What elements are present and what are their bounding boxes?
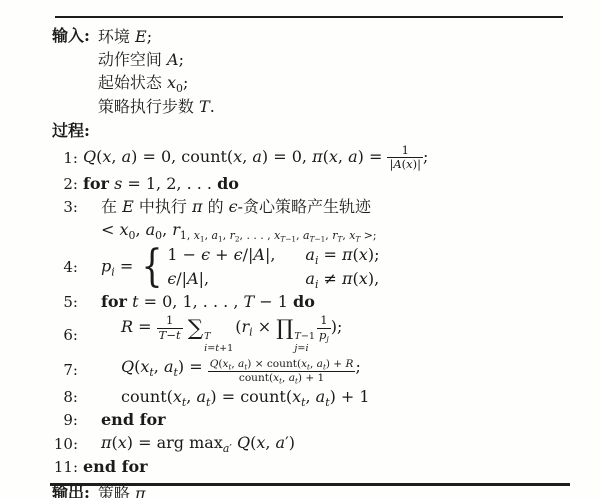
input-label: 输入:: [52, 25, 90, 47]
algo-line-1: 1: Q(x, a) = 0, count(x, a) = 0, π(x, a)…: [52, 144, 572, 173]
line-content-probability-cases: pi = {1 − ϵ + ϵ/|A|,ai = π(x);ϵ/|A|,ai ≠…: [78, 244, 379, 290]
line-number: 2:: [52, 173, 78, 195]
algo-line-8: 8: count(xt, at) = count(xt, at) + 1: [52, 386, 572, 409]
algo-line-5: 5: for t = 0, 1, . . . , T − 1 do: [52, 291, 572, 313]
line-content-end-for-outer: end for: [78, 456, 148, 478]
input-line-action-space: 动作空间 A;: [98, 48, 215, 71]
top-rule: [55, 16, 563, 18]
algo-line-9: 9: end for: [52, 409, 572, 431]
line-content-trajectory: < x0, a0, r1, x1, a1, r2, . . . , xT−1, …: [78, 219, 377, 243]
input-line-start-state: 起始状态 x0;: [98, 71, 215, 95]
line-number: 4:: [52, 256, 78, 278]
line-number: 9:: [52, 409, 78, 431]
line-number: 11:: [52, 456, 78, 478]
line-content-return: R = 1T−t ∑Ti=t+1(ri × ∏T−1j=i1pj);: [78, 314, 342, 355]
algo-line-11: 11: end for: [52, 456, 572, 478]
scanned-algorithm-page: 输入: 环境 E; 动作空间 A; 起始状态 x0; 策略执行步数 T. 过程:…: [0, 0, 600, 498]
input-line-environment: 环境 E;: [98, 25, 215, 48]
line-content-argmax: π(x) = arg maxa′ Q(x, a′): [78, 432, 295, 455]
algo-line-2: 2: for s = 1, 2, . . . do: [52, 173, 572, 195]
algo-line-10: 10: π(x) = arg maxa′ Q(x, a′): [52, 432, 572, 455]
bottom-rule: [50, 483, 570, 486]
input-section: 输入: 环境 E; 动作空间 A; 起始状态 x0; 策略执行步数 T.: [52, 25, 572, 118]
line-number: 8:: [52, 386, 78, 408]
line-number: 1:: [52, 147, 78, 169]
line-content-count-update: count(xt, at) = count(xt, at) + 1: [78, 386, 370, 409]
input-lines: 环境 E; 动作空间 A; 起始状态 x0; 策略执行步数 T.: [98, 25, 215, 118]
algo-line-4: 4: pi = {1 − ϵ + ϵ/|A|,ai = π(x);ϵ/|A|,a…: [52, 244, 572, 290]
line-content-for-s: for s = 1, 2, . . . do: [78, 173, 239, 195]
algo-line-6: 6: R = 1T−t ∑Ti=t+1(ri × ∏T−1j=i1pj);: [52, 314, 572, 355]
line-number: 3:: [52, 196, 78, 218]
line-content-init: Q(x, a) = 0, count(x, a) = 0, π(x, a) = …: [78, 144, 428, 173]
algorithm-box: 输入: 环境 E; 动作空间 A; 起始状态 x0; 策略执行步数 T. 过程:…: [52, 25, 572, 498]
process-label: 过程:: [52, 118, 572, 143]
line-content-for-t: for t = 0, 1, . . . , T − 1 do: [78, 291, 315, 313]
line-number: 7:: [52, 359, 78, 381]
line-content-q-update: Q(xt, at) = Q(xt, at) × count(xt, at) + …: [78, 356, 361, 385]
line-content-execute-policy: 在 E 中执行 π 的 ϵ-贪心策略产生轨迹: [78, 196, 371, 218]
algo-line-7: 7: Q(xt, at) = Q(xt, at) × count(xt, at)…: [52, 356, 572, 385]
line-number: 10:: [52, 433, 78, 455]
line-number: 6:: [52, 324, 78, 346]
line-content-end-for-inner: end for: [78, 409, 166, 431]
algo-line-3-continuation: < x0, a0, r1, x1, a1, r2, . . . , xT−1, …: [52, 219, 572, 243]
line-number: 5:: [52, 291, 78, 313]
input-line-steps: 策略执行步数 T.: [98, 95, 215, 118]
algo-line-3: 3: 在 E 中执行 π 的 ϵ-贪心策略产生轨迹: [52, 196, 572, 218]
